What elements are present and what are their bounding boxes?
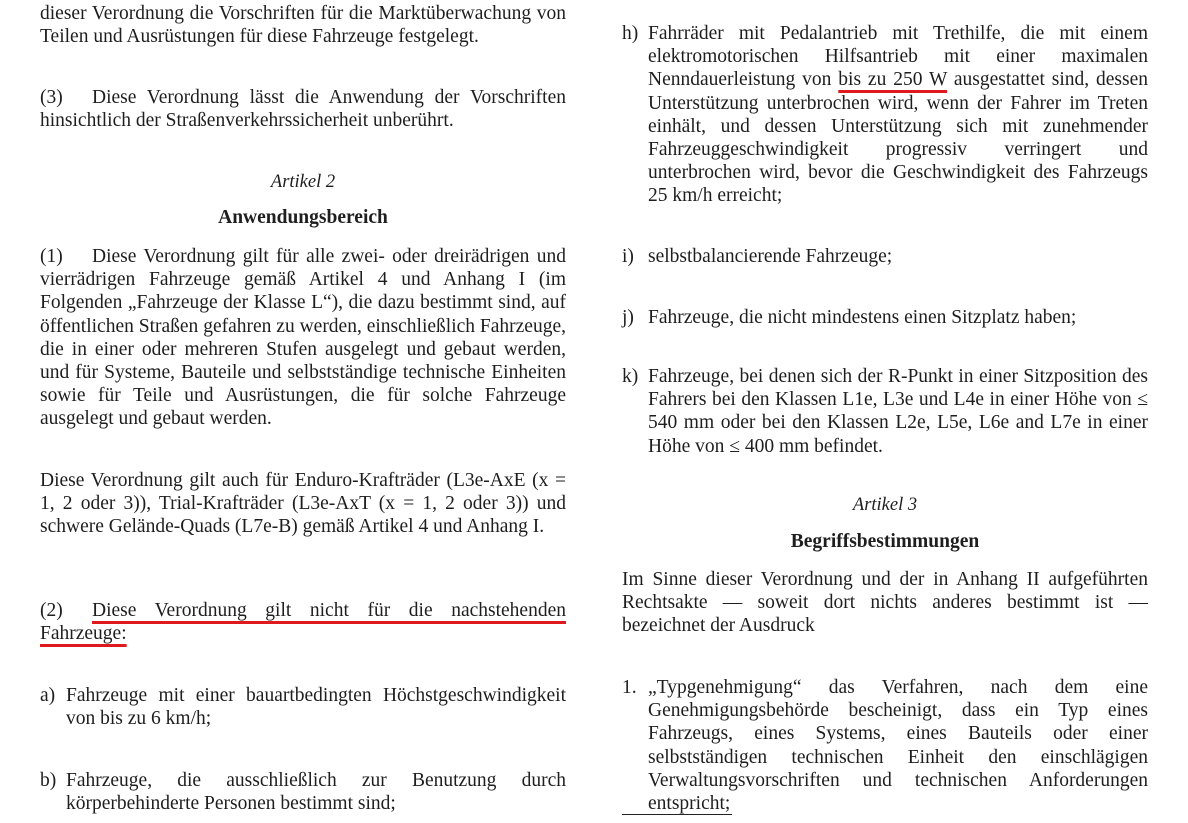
definition-1: 1. „Typgenehmigung“ das Verfahren, nach … bbox=[622, 676, 1148, 815]
paragraph-number: (1) bbox=[40, 245, 92, 268]
article-2-title: Anwendungsbereich bbox=[40, 206, 566, 229]
definition-number: 1. bbox=[622, 676, 637, 699]
article-3-title: Begriffsbestimmungen bbox=[622, 530, 1148, 553]
paragraph-2: (2)Diese Verordnung gilt nicht für die n… bbox=[40, 599, 566, 645]
paragraph-1-continued: Diese Verordnung gilt auch für Enduro-Kr… bbox=[40, 469, 566, 539]
item-text: Fahrzeuge, die nicht mindestens einen Si… bbox=[648, 306, 1148, 329]
highlighted-text: Diese Verordnung gilt nicht für die nach… bbox=[40, 600, 566, 644]
list-item-h: h) Fahrräder mit Pedalantrieb mit Trethi… bbox=[622, 22, 1148, 208]
footnote-divider bbox=[622, 814, 732, 815]
paragraph-number: (2) bbox=[40, 599, 92, 622]
article-3-number: Artikel 3 bbox=[622, 494, 1148, 517]
list-item-a: a) Fahrzeuge mit einer bauartbedingten H… bbox=[40, 684, 566, 730]
item-label: i) bbox=[622, 245, 634, 268]
paragraph-1: (1)Diese Verordnung gilt für alle zwei- … bbox=[40, 245, 566, 431]
item-label: h) bbox=[622, 22, 638, 45]
item-label: a) bbox=[40, 684, 55, 707]
article-2-number: Artikel 2 bbox=[40, 171, 566, 194]
item-label: k) bbox=[622, 365, 638, 388]
paragraph-text: Diese Verordnung gilt für alle zwei- ode… bbox=[40, 246, 566, 429]
item-text: selbstbalancierende Fahrzeuge; bbox=[648, 245, 1148, 268]
item-text: Fahrzeuge, die ausschließlich zur Benutz… bbox=[66, 769, 566, 815]
paragraph-text: Diese Verordnung lässt die Anwendung der… bbox=[40, 87, 566, 131]
paragraph-number: (3) bbox=[40, 86, 92, 109]
list-item-j: j) Fahrzeuge, die nicht mindestens einen… bbox=[622, 306, 1148, 329]
item-label: b) bbox=[40, 769, 56, 792]
paragraph-3: (3)Diese Verordnung lässt die Anwendung … bbox=[40, 86, 566, 132]
definition-text: „Typgenehmigung“ das Verfahren, nach dem… bbox=[648, 676, 1148, 815]
list-item-i: i) selbstbalancierende Fahrzeuge; bbox=[622, 245, 1148, 268]
item-text: Fahrzeuge, bei denen sich der R-Punkt in… bbox=[648, 365, 1148, 458]
article-3-intro: Im Sinne dieser Verordnung und der in An… bbox=[622, 568, 1148, 638]
list-item-b: b) Fahrzeuge, die ausschließlich zur Ben… bbox=[40, 769, 566, 815]
intro-continued-paragraph: dieser Verordnung die Vorschriften für d… bbox=[40, 2, 566, 48]
highlighted-text: bis zu 250 W bbox=[838, 69, 947, 90]
list-item-k: k) Fahrzeuge, bei denen sich der R-Punkt… bbox=[622, 365, 1148, 458]
item-label: j) bbox=[622, 306, 634, 329]
item-text: Fahrzeuge mit einer bauartbedingten Höch… bbox=[66, 684, 566, 730]
item-text: Fahrräder mit Pedalantrieb mit Trethilfe… bbox=[648, 22, 1148, 208]
